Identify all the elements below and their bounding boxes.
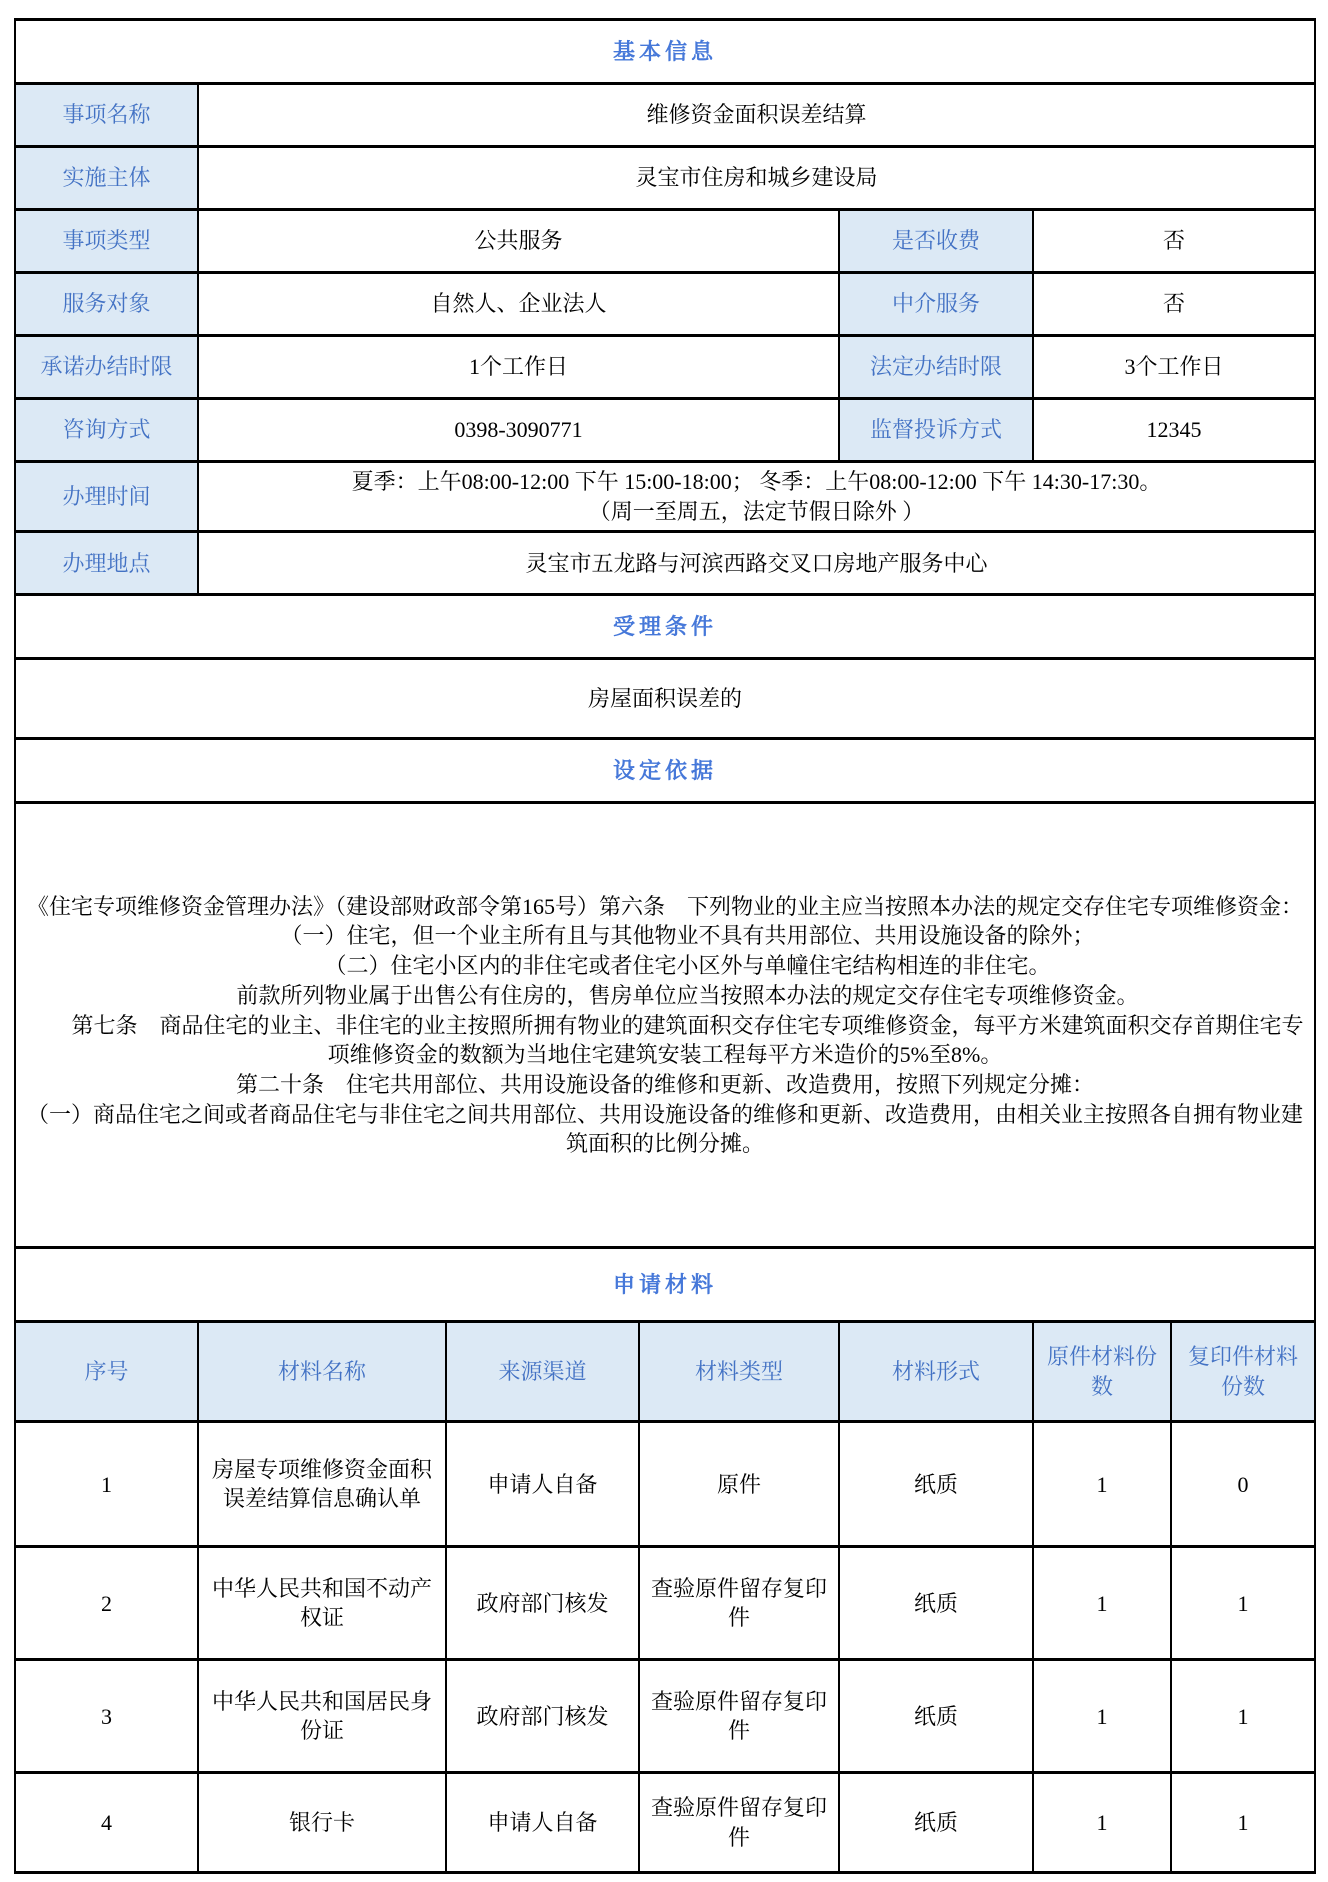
label-service-target: 服务对象 — [15, 273, 198, 336]
service-info-table: 基本信息 事项名称 维修资金面积误差结算 实施主体 灵宝市住房和城乡建设局 事项… — [14, 18, 1316, 1874]
basis-paragraph: （二）住宅小区内的非住宅或者住宅小区外与单幢住宅结构相连的非住宅。 — [26, 951, 1304, 981]
row-implementer: 实施主体 灵宝市住房和城乡建设局 — [15, 147, 1315, 210]
value-service-target: 自然人、企业法人 — [198, 273, 839, 336]
material-form: 纸质 — [839, 1773, 1033, 1873]
section-title-acceptance: 受理条件 — [15, 595, 1315, 659]
material-original-count: 1 — [1033, 1660, 1171, 1773]
label-item-name: 事项名称 — [15, 84, 198, 147]
material-name: 银行卡 — [198, 1773, 446, 1873]
section-row-basis: 设定依据 — [15, 739, 1315, 803]
label-item-type: 事项类型 — [15, 210, 198, 273]
section-title-materials: 申请材料 — [15, 1248, 1315, 1322]
row-item-name: 事项名称 维修资金面积误差结算 — [15, 84, 1315, 147]
material-row: 4 银行卡 申请人自备 查验原件留存复印件 纸质 1 1 — [15, 1773, 1315, 1873]
section-title-basis: 设定依据 — [15, 739, 1315, 803]
material-original-count: 1 — [1033, 1547, 1171, 1660]
section-title-basic-info: 基本信息 — [15, 20, 1315, 84]
label-intermediary: 中介服务 — [839, 273, 1033, 336]
label-office-hours: 办理时间 — [15, 462, 198, 532]
material-source: 申请人自备 — [446, 1773, 639, 1873]
value-legal-limit: 3个工作日 — [1033, 336, 1315, 399]
row-item-type-fee: 事项类型 公共服务 是否收费 否 — [15, 210, 1315, 273]
material-copy-count: 1 — [1171, 1660, 1315, 1773]
label-promised-limit: 承诺办结时限 — [15, 336, 198, 399]
value-intermediary: 否 — [1033, 273, 1315, 336]
material-seq: 2 — [15, 1547, 198, 1660]
acceptance-content: 房屋面积误差的 — [15, 659, 1315, 739]
row-service-target-intermediary: 服务对象 自然人、企业法人 中介服务 否 — [15, 273, 1315, 336]
material-type: 原件 — [639, 1422, 839, 1547]
label-legal-limit: 法定办结时限 — [839, 336, 1033, 399]
material-seq: 1 — [15, 1422, 198, 1547]
section-row-basic-info: 基本信息 — [15, 20, 1315, 84]
basis-content: 《住宅专项维修资金管理办法》（建设部财政部令第165号）第六条 下列物业的业主应… — [15, 803, 1315, 1248]
basis-paragraph: 《住宅专项维修资金管理办法》（建设部财政部令第165号）第六条 下列物业的业主应… — [26, 892, 1304, 922]
value-office-hours: 夏季：上午08:00-12:00 下午 15:00-18:00； 冬季：上午08… — [198, 462, 1315, 532]
material-name: 中华人民共和国居民身份证 — [198, 1660, 446, 1773]
material-form: 纸质 — [839, 1547, 1033, 1660]
material-type: 查验原件留存复印件 — [639, 1660, 839, 1773]
material-original-count: 1 — [1033, 1422, 1171, 1547]
materials-header-row: 序号 材料名称 来源渠道 材料类型 材料形式 原件材料份数 复印件材料份数 — [15, 1322, 1315, 1422]
header-source-channel: 来源渠道 — [446, 1322, 639, 1422]
header-copy-count: 复印件材料份数 — [1171, 1322, 1315, 1422]
row-office-location: 办理地点 灵宝市五龙路与河滨西路交叉口房地产服务中心 — [15, 532, 1315, 595]
value-promised-limit: 1个工作日 — [198, 336, 839, 399]
value-item-name: 维修资金面积误差结算 — [198, 84, 1315, 147]
basis-paragraph: 前款所列物业属于出售公有住房的，售房单位应当按照本办法的规定交存住宅专项维修资金… — [26, 981, 1304, 1011]
value-item-type: 公共服务 — [198, 210, 839, 273]
row-contact: 咨询方式 0398-3090771 监督投诉方式 12345 — [15, 399, 1315, 462]
material-source: 政府部门核发 — [446, 1660, 639, 1773]
material-original-count: 1 — [1033, 1773, 1171, 1873]
label-office-location: 办理地点 — [15, 532, 198, 595]
value-implementer: 灵宝市住房和城乡建设局 — [198, 147, 1315, 210]
basis-paragraph: （一）住宅，但一个业主所有且与其他物业不具有共用部位、共用设施设备的除外； — [26, 921, 1304, 951]
basis-paragraph: （一）商品住宅之间或者商品住宅与非住宅之间共用部位、共用设施设备的维修和更新、改… — [26, 1100, 1304, 1159]
material-row: 3 中华人民共和国居民身份证 政府部门核发 查验原件留存复印件 纸质 1 1 — [15, 1660, 1315, 1773]
material-source: 政府部门核发 — [446, 1547, 639, 1660]
material-row: 2 中华人民共和国不动产权证 政府部门核发 查验原件留存复印件 纸质 1 1 — [15, 1547, 1315, 1660]
header-seq: 序号 — [15, 1322, 198, 1422]
row-acceptance-content: 房屋面积误差的 — [15, 659, 1315, 739]
section-row-materials: 申请材料 — [15, 1248, 1315, 1322]
material-row: 1 房屋专项维修资金面积误差结算信息确认单 申请人自备 原件 纸质 1 0 — [15, 1422, 1315, 1547]
label-fee: 是否收费 — [839, 210, 1033, 273]
material-seq: 3 — [15, 1660, 198, 1773]
material-name: 房屋专项维修资金面积误差结算信息确认单 — [198, 1422, 446, 1547]
value-office-location: 灵宝市五龙路与河滨西路交叉口房地产服务中心 — [198, 532, 1315, 595]
office-hours-line2: （周一至周五，法定节假日除外 ） — [209, 497, 1304, 527]
material-source: 申请人自备 — [446, 1422, 639, 1547]
header-material-type: 材料类型 — [639, 1322, 839, 1422]
material-name: 中华人民共和国不动产权证 — [198, 1547, 446, 1660]
row-time-limits: 承诺办结时限 1个工作日 法定办结时限 3个工作日 — [15, 336, 1315, 399]
material-type: 查验原件留存复印件 — [639, 1773, 839, 1873]
header-material-name: 材料名称 — [198, 1322, 446, 1422]
label-implementer: 实施主体 — [15, 147, 198, 210]
row-basis-content: 《住宅专项维修资金管理办法》（建设部财政部令第165号）第六条 下列物业的业主应… — [15, 803, 1315, 1248]
section-row-acceptance: 受理条件 — [15, 595, 1315, 659]
header-original-count: 原件材料份数 — [1033, 1322, 1171, 1422]
row-office-hours: 办理时间 夏季：上午08:00-12:00 下午 15:00-18:00； 冬季… — [15, 462, 1315, 532]
material-seq: 4 — [15, 1773, 198, 1873]
material-form: 纸质 — [839, 1422, 1033, 1547]
value-fee: 否 — [1033, 210, 1315, 273]
material-copy-count: 1 — [1171, 1773, 1315, 1873]
basis-paragraph: 第二十条 住宅共用部位、共用设施设备的维修和更新、改造费用，按照下列规定分摊： — [26, 1070, 1304, 1100]
value-complaint-phone: 12345 — [1033, 399, 1315, 462]
value-consult-phone: 0398-3090771 — [198, 399, 839, 462]
header-material-form: 材料形式 — [839, 1322, 1033, 1422]
label-complaint-method: 监督投诉方式 — [839, 399, 1033, 462]
basis-paragraph: 第七条 商品住宅的业主、非住宅的业主按照所拥有物业的建筑面积交存住宅专项维修资金… — [26, 1011, 1304, 1070]
service-detail-page: 基本信息 事项名称 维修资金面积误差结算 实施主体 灵宝市住房和城乡建设局 事项… — [0, 0, 1328, 1882]
material-type: 查验原件留存复印件 — [639, 1547, 839, 1660]
material-copy-count: 1 — [1171, 1547, 1315, 1660]
office-hours-line1: 夏季：上午08:00-12:00 下午 15:00-18:00； 冬季：上午08… — [209, 467, 1304, 497]
material-form: 纸质 — [839, 1660, 1033, 1773]
material-copy-count: 0 — [1171, 1422, 1315, 1547]
label-consult-method: 咨询方式 — [15, 399, 198, 462]
